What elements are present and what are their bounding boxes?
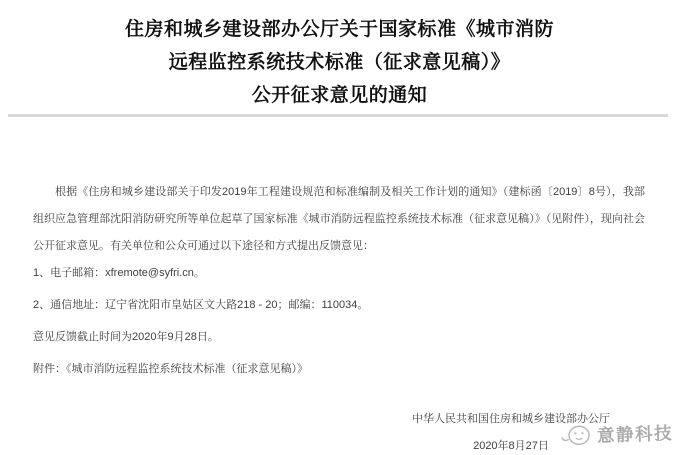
issuing-organization: 中华人民共和国住房和城乡建设部办公厅 [412,406,610,433]
notice-title: 住房和城乡建设部办公厅关于国家标准《城市消防 远程监控系统技术标准（征求意见稿）… [0,0,679,112]
title-line-2: 远程监控系统技术标准（征求意见稿）》 [0,46,679,79]
contact-email-line: 1、电子邮箱：xfremote@syfri.cn。 [33,260,645,287]
intro-paragraph: 根据《住房和城乡建设部关于印发2019年工程建设规范和标准编制及相关工作计划的通… [33,179,645,260]
notice-page: 住房和城乡建设部办公厅关于国家标准《城市消防 远程监控系统技术标准（征求意见稿）… [0,0,679,455]
title-divider [8,114,668,117]
notice-body: 根据《住房和城乡建设部关于印发2019年工程建设规范和标准编制及相关工作计划的通… [0,179,679,455]
feedback-deadline-line: 意见反馈截止时间为2020年9月28日。 [33,324,645,351]
contact-address-line: 2、通信地址：辽宁省沈阳市皇姑区文大路218 - 20；邮编：110034。 [33,292,645,319]
title-line-1: 住房和城乡建设部办公厅关于国家标准《城市消防 [0,13,679,46]
signature-block: 中华人民共和国住房和城乡建设部办公厅 2020年8月27日 [412,406,610,455]
issue-date: 2020年8月27日 [412,433,610,455]
attachment-line: 附件：《城市消防远程监控系统技术标准（征求意见稿）》 [33,356,645,383]
title-line-3: 公开征求意见的通知 [0,79,679,112]
